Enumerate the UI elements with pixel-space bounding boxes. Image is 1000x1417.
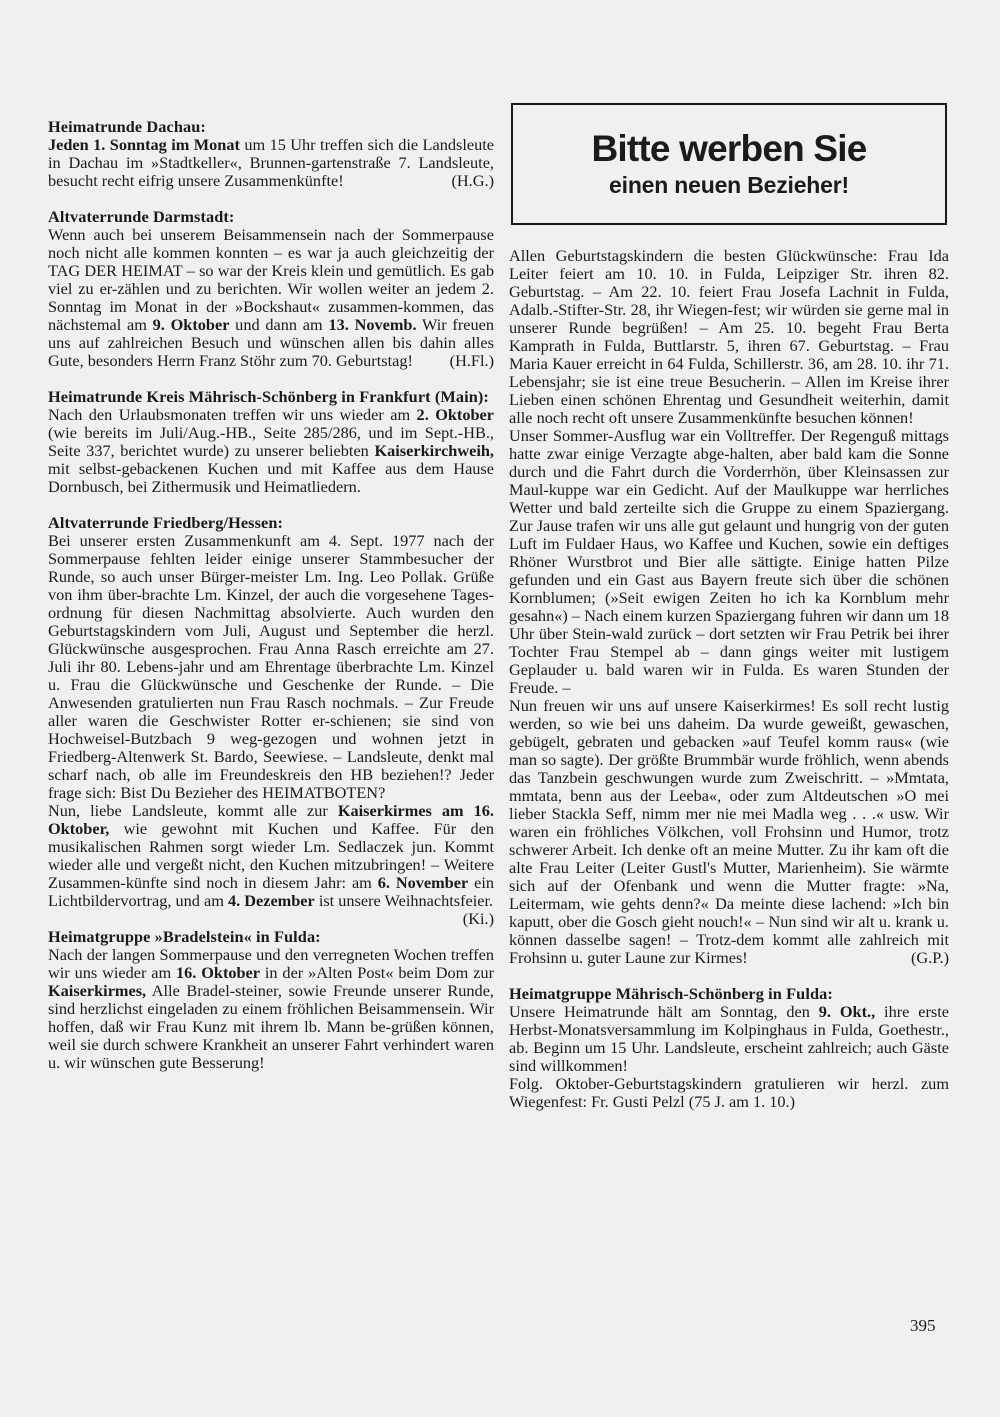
article-paragraph: Bei unserer ersten Zusammenkunft am 4. S… bbox=[48, 532, 494, 802]
article-title: Heimatrunde Kreis Mährisch-Schönberg in … bbox=[48, 388, 494, 406]
author-signature: (H.G.) bbox=[452, 172, 495, 190]
article: Heimatgruppe Mährisch-Schönberg in Fulda… bbox=[509, 985, 949, 1111]
article: Altvaterrunde Friedberg/Hessen:Bei unser… bbox=[48, 514, 494, 910]
page-number: 395 bbox=[910, 1316, 936, 1336]
bold-text: Kaiserkirmes, bbox=[48, 981, 146, 1000]
article-paragraph: Unser Sommer-Ausflug war ein Volltreffer… bbox=[509, 427, 949, 697]
body-text: Nach den Urlaubsmonaten treffen wir uns … bbox=[48, 405, 417, 424]
bold-text: Jeden 1. Sonntag im Monat bbox=[48, 135, 240, 154]
article-title: Heimatgruppe Mährisch-Schönberg in Fulda… bbox=[509, 985, 949, 1003]
body-text: Unser Sommer-Ausflug war ein Volltreffer… bbox=[509, 426, 949, 697]
article: Altvaterrunde Darmstadt:Wenn auch bei un… bbox=[48, 208, 494, 370]
bold-text: 2. Oktober bbox=[417, 405, 494, 424]
article-paragraph: Nun freuen wir uns auf unsere Kaiserkirm… bbox=[509, 697, 949, 967]
article-title: Heimatrunde Dachau: bbox=[48, 118, 494, 136]
magazine-page: Heimatrunde Dachau:Jeden 1. Sonntag im M… bbox=[0, 0, 1000, 1417]
article-paragraph: Jeden 1. Sonntag im Monat um 15 Uhr tref… bbox=[48, 136, 494, 190]
article-title: Altvaterrunde Friedberg/Hessen: bbox=[48, 514, 494, 532]
author-signature: (H.Fl.) bbox=[450, 352, 494, 370]
article-paragraph: Folg. Oktober-Geburtstagskindern gratuli… bbox=[509, 1075, 949, 1111]
bold-text: 6. November bbox=[378, 873, 468, 892]
article-paragraph: Allen Geburtstagskindern die besten Glüc… bbox=[509, 247, 949, 427]
body-text: Unsere Heimatrunde hält am Sonntag, den bbox=[509, 1002, 819, 1021]
article-title: Heimatgruppe »Bradelstein« in Fulda: bbox=[48, 928, 494, 946]
author-signature: (Ki.) bbox=[463, 910, 494, 928]
body-text: Allen Geburtstagskindern die besten Glüc… bbox=[509, 246, 949, 427]
article-paragraph: Unsere Heimatrunde hält am Sonntag, den … bbox=[509, 1003, 949, 1075]
body-text: mit selbst-gebackenen Kuchen und mit Kaf… bbox=[48, 459, 494, 496]
advertisement-box: Bitte werben Sie einen neuen Bezieher! bbox=[511, 103, 947, 225]
body-text: ist unsere Weihnachtsfeier. bbox=[315, 891, 493, 910]
body-text: und dann am bbox=[229, 315, 328, 334]
article: Heimatrunde Dachau:Jeden 1. Sonntag im M… bbox=[48, 118, 494, 190]
bold-text: 9. Oktober bbox=[153, 315, 230, 334]
article-paragraph: Nach den Urlaubsmonaten treffen wir uns … bbox=[48, 406, 494, 496]
article-paragraph: Nun, liebe Landsleute, kommt alle zur Ka… bbox=[48, 802, 494, 910]
ad-subline: einen neuen Bezieher! bbox=[609, 171, 849, 199]
bold-text: 9. Okt., bbox=[819, 1002, 875, 1021]
left-column: Heimatrunde Dachau:Jeden 1. Sonntag im M… bbox=[48, 118, 494, 1090]
article-paragraph: Nach der langen Sommerpause und den verr… bbox=[48, 946, 494, 1072]
right-column-articles: Allen Geburtstagskindern die besten Glüc… bbox=[509, 247, 949, 1111]
right-column: Bitte werben Sie einen neuen Bezieher! A… bbox=[509, 103, 949, 1129]
article-paragraph: Wenn auch bei unserem Beisammensein nach… bbox=[48, 226, 494, 370]
bold-text: 4. Dezember bbox=[228, 891, 315, 910]
body-text: in der »Alten Post« beim Dom zur bbox=[260, 963, 494, 982]
body-text: Folg. Oktober-Geburtstagskindern gratuli… bbox=[509, 1074, 949, 1111]
article: Heimatgruppe »Bradelstein« in Fulda:Nach… bbox=[48, 928, 494, 1072]
article: Heimatrunde Kreis Mährisch-Schönberg in … bbox=[48, 388, 494, 496]
body-text: Nun, liebe Landsleute, kommt alle zur bbox=[48, 801, 338, 820]
ad-headline: Bitte werben Sie bbox=[591, 129, 866, 169]
bold-text: 16. Oktober bbox=[176, 963, 260, 982]
article: Allen Geburtstagskindern die besten Glüc… bbox=[509, 247, 949, 967]
bold-text: 13. Novemb. bbox=[328, 315, 416, 334]
bold-text: Kaiserkirchweih, bbox=[374, 441, 494, 460]
body-text: Bei unserer ersten Zusammenkunft am 4. S… bbox=[48, 531, 494, 802]
author-signature: (G.P.) bbox=[911, 949, 949, 967]
body-text: Nun freuen wir uns auf unsere Kaiserkirm… bbox=[509, 696, 949, 967]
article-title: Altvaterrunde Darmstadt: bbox=[48, 208, 494, 226]
